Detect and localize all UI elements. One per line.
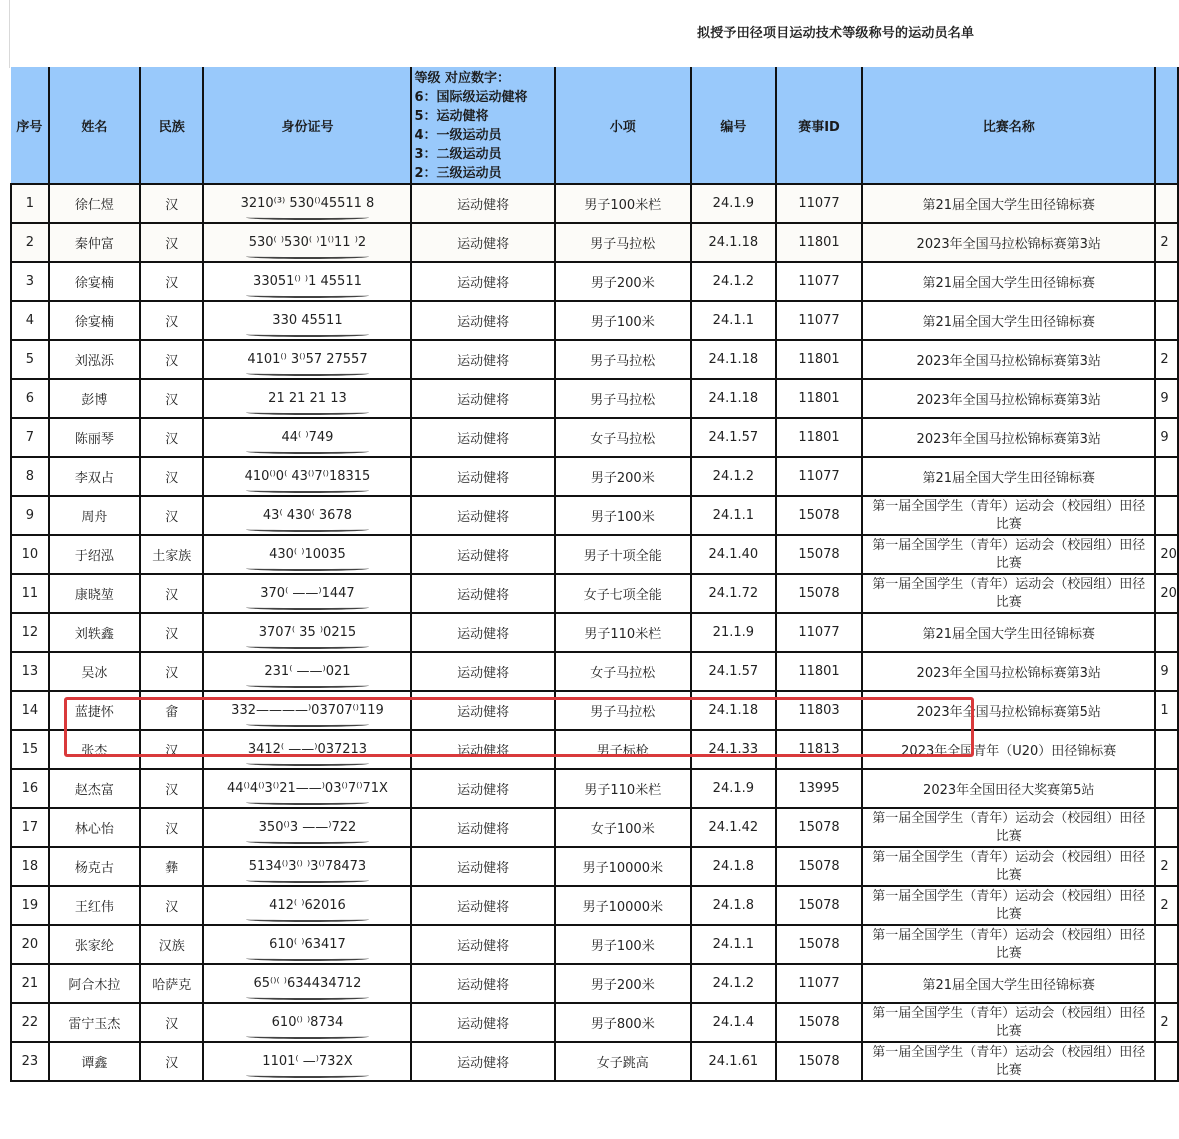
- cell-seq: 23: [11, 1042, 49, 1081]
- redaction-scribble: [246, 488, 370, 493]
- cell-level: 运动健将: [411, 418, 554, 457]
- cell-code: 24.1.18: [691, 340, 776, 379]
- redaction-scribble: [246, 215, 370, 220]
- redaction-scribble: [246, 332, 370, 337]
- cell-level: 运动健将: [411, 1042, 554, 1081]
- cell-event: 男子十项全能: [555, 535, 691, 574]
- cell-event: 男子110米栏: [555, 613, 691, 652]
- cell-extra-truncated: [1155, 1042, 1178, 1081]
- cell-competition-id: 11077: [776, 262, 862, 301]
- cell-seq: 10: [11, 535, 49, 574]
- cell-competition-id: 11801: [776, 340, 862, 379]
- cell-competition-id: 15078: [776, 535, 862, 574]
- cell-event: 男子200米: [555, 262, 691, 301]
- athlete-roster-table: 序号 姓名 民族 身份证号 等级 对应数字： 6：国际级运动健将 5：运动健将 …: [10, 67, 1179, 1082]
- cell-id-number-redacted: 44⁽ ⁾749: [203, 418, 411, 457]
- cell-name: 徐仁煜: [49, 184, 140, 223]
- cell-level: 运动健将: [411, 301, 554, 340]
- redaction-scribble: [246, 566, 370, 571]
- header-competition-id: 赛事ID: [776, 67, 862, 184]
- redaction-scribble: [246, 1073, 370, 1078]
- redaction-scribble: [246, 371, 370, 376]
- cell-ethnicity: 汉: [140, 730, 204, 769]
- cell-extra-truncated: [1155, 769, 1178, 808]
- cell-seq: 12: [11, 613, 49, 652]
- cell-id-number-redacted: 3707⁽ 35 ⁾0215: [203, 613, 411, 652]
- cell-seq: 7: [11, 418, 49, 457]
- cell-level: 运动健将: [411, 808, 554, 847]
- cell-competition-id: 11803: [776, 691, 862, 730]
- table-row: 13 吴冰 汉 231⁽ ——⁾021 运动健将 女子马拉松 24.1.57 1…: [11, 652, 1178, 691]
- cell-competition-id: 15078: [776, 886, 862, 925]
- cell-extra-truncated: [1155, 964, 1178, 1003]
- cell-id-number-redacted: 44⁽⁾4⁽⁾3⁽⁾21——⁾03⁽⁾7⁽⁾71X: [203, 769, 411, 808]
- cell-event: 男子马拉松: [555, 691, 691, 730]
- redaction-scribble: [246, 644, 370, 649]
- cell-competition-name: 2023年全国马拉松锦标赛第3站: [862, 340, 1155, 379]
- cell-competition-name: 第21届全国大学生田径锦标赛: [862, 457, 1155, 496]
- cell-level: 运动健将: [411, 652, 554, 691]
- header-code: 编号: [691, 67, 776, 184]
- cell-extra-truncated: 9: [1155, 379, 1178, 418]
- cell-ethnicity: 汉: [140, 418, 204, 457]
- cell-competition-id: 15078: [776, 496, 862, 535]
- cell-ethnicity: 汉: [140, 184, 204, 223]
- redaction-scribble: [246, 410, 370, 415]
- table-body: 1 徐仁煜 汉 3210⁽³⁾ 530⁽⁾45511 8 运动健将 男子100米…: [11, 184, 1178, 1081]
- cell-code: 21.1.9: [691, 613, 776, 652]
- cell-competition-id: 15078: [776, 574, 862, 613]
- cell-ethnicity: 汉: [140, 574, 204, 613]
- cell-event: 男子10000米: [555, 886, 691, 925]
- redaction-scribble: [246, 722, 370, 727]
- cell-competition-name: 第一届全国学生（青年）运动会（校园组）田径比赛: [862, 925, 1155, 964]
- cell-seq: 15: [11, 730, 49, 769]
- cell-name: 李双占: [49, 457, 140, 496]
- cell-event: 男子100米: [555, 925, 691, 964]
- cell-event: 男子100米: [555, 496, 691, 535]
- cell-competition-name: 2023年全国马拉松锦标赛第5站: [862, 691, 1155, 730]
- redaction-scribble: [246, 683, 370, 688]
- cell-competition-name: 第一届全国学生（青年）运动会（校园组）田径比赛: [862, 1003, 1155, 1042]
- cell-code: 24.1.8: [691, 886, 776, 925]
- cell-extra-truncated: [1155, 925, 1178, 964]
- cell-seq: 9: [11, 496, 49, 535]
- cell-code: 24.1.9: [691, 769, 776, 808]
- cell-level: 运动健将: [411, 184, 554, 223]
- cell-seq: 16: [11, 769, 49, 808]
- legend-line: 4：一级运动员: [414, 126, 553, 145]
- redaction-scribble: [246, 839, 370, 844]
- cell-event: 男子100米: [555, 301, 691, 340]
- cell-competition-id: 11077: [776, 301, 862, 340]
- cell-event: 男子200米: [555, 964, 691, 1003]
- redaction-scribble: [246, 1034, 370, 1039]
- cell-competition-name: 2023年全国马拉松锦标赛第3站: [862, 652, 1155, 691]
- table-row: 9 周舟 汉 43⁽ 430⁽ 3678 运动健将 男子100米 24.1.1 …: [11, 496, 1178, 535]
- redaction-scribble: [246, 878, 370, 883]
- header-name: 姓名: [49, 67, 140, 184]
- cell-id-number-redacted: 33051⁽⁾ ⁾1 45511: [203, 262, 411, 301]
- cell-ethnicity: 汉: [140, 613, 204, 652]
- cell-id-number-redacted: 3412⁽ ——⁾037213: [203, 730, 411, 769]
- header-seq: 序号: [11, 67, 49, 184]
- cell-id-number-redacted: 231⁽ ——⁾021: [203, 652, 411, 691]
- table-row: 21 阿合木拉 哈萨克 65⁽⁾⁽ ⁾634434712 运动健将 男子200米…: [11, 964, 1178, 1003]
- cell-code: 24.1.57: [691, 418, 776, 457]
- cell-seq: 6: [11, 379, 49, 418]
- cell-competition-name: 2023年全国马拉松锦标赛第3站: [862, 223, 1155, 262]
- redaction-scribble: [246, 605, 370, 610]
- header-ethnicity: 民族: [140, 67, 204, 184]
- document-title: 拟授予田径项目运动技术等级称号的运动员名单: [697, 22, 974, 41]
- page-left-edge: [9, 0, 10, 68]
- cell-seq: 11: [11, 574, 49, 613]
- legend-line: 2：三级运动员: [414, 164, 553, 183]
- table-row: 20 张家纶 汉族 610⁽ ⁾63417 运动健将 男子100米 24.1.1…: [11, 925, 1178, 964]
- cell-code: 24.1.2: [691, 457, 776, 496]
- cell-name: 阿合木拉: [49, 964, 140, 1003]
- table-row: 4 徐宴楠 汉 330 45511 运动健将 男子100米 24.1.1 110…: [11, 301, 1178, 340]
- cell-competition-id: 15078: [776, 1003, 862, 1042]
- table-header-row: 序号 姓名 民族 身份证号 等级 对应数字： 6：国际级运动健将 5：运动健将 …: [11, 67, 1178, 184]
- cell-level: 运动健将: [411, 496, 554, 535]
- legend-line: 3：二级运动员: [414, 145, 553, 164]
- cell-extra-truncated: 2: [1155, 886, 1178, 925]
- cell-event: 女子马拉松: [555, 652, 691, 691]
- cell-competition-name: 第21届全国大学生田径锦标赛: [862, 964, 1155, 1003]
- redaction-scribble: [246, 293, 370, 298]
- cell-name: 陈丽琴: [49, 418, 140, 457]
- cell-name: 张家纶: [49, 925, 140, 964]
- cell-id-number-redacted: 410⁽⁾0⁽ 43⁽⁾7⁽⁾18315: [203, 457, 411, 496]
- cell-seq: 8: [11, 457, 49, 496]
- table-row: 22 雷宁玉杰 汉 610⁽⁾ ⁾8734 运动健将 男子800米 24.1.4…: [11, 1003, 1178, 1042]
- cell-ethnicity: 汉: [140, 1042, 204, 1081]
- cell-ethnicity: 汉: [140, 652, 204, 691]
- cell-ethnicity: 汉: [140, 769, 204, 808]
- table-row: 15 张杰 汉 3412⁽ ——⁾037213 运动健将 男子标枪 24.1.3…: [11, 730, 1178, 769]
- cell-competition-name: 第一届全国学生（青年）运动会（校园组）田径比赛: [862, 574, 1155, 613]
- cell-level: 运动健将: [411, 964, 554, 1003]
- cell-id-number-redacted: 350⁽⁾3 ——⁾722: [203, 808, 411, 847]
- cell-code: 24.1.57: [691, 652, 776, 691]
- header-extra-truncated: [1155, 67, 1178, 184]
- cell-event: 男子100米栏: [555, 184, 691, 223]
- cell-extra-truncated: [1155, 184, 1178, 223]
- header-competition-name: 比赛名称: [862, 67, 1155, 184]
- cell-name: 刘泓泺: [49, 340, 140, 379]
- cell-competition-name: 2023年全国马拉松锦标赛第3站: [862, 418, 1155, 457]
- cell-name: 杨克古: [49, 847, 140, 886]
- cell-code: 24.1.2: [691, 964, 776, 1003]
- cell-event: 男子马拉松: [555, 223, 691, 262]
- cell-competition-name: 第一届全国学生（青年）运动会（校园组）田径比赛: [862, 808, 1155, 847]
- cell-competition-id: 11077: [776, 184, 862, 223]
- cell-code: 24.1.61: [691, 1042, 776, 1081]
- cell-competition-id: 15078: [776, 925, 862, 964]
- cell-event: 女子马拉松: [555, 418, 691, 457]
- cell-level: 运动健将: [411, 691, 554, 730]
- table-row: 17 林心怡 汉 350⁽⁾3 ——⁾722 运动健将 女子100米 24.1.…: [11, 808, 1178, 847]
- cell-seq: 20: [11, 925, 49, 964]
- cell-name: 赵杰富: [49, 769, 140, 808]
- cell-competition-id: 13995: [776, 769, 862, 808]
- cell-competition-name: 第一届全国学生（青年）运动会（校园组）田径比赛: [862, 496, 1155, 535]
- cell-seq: 22: [11, 1003, 49, 1042]
- cell-level: 运动健将: [411, 886, 554, 925]
- cell-ethnicity: 汉: [140, 379, 204, 418]
- cell-ethnicity: 汉: [140, 496, 204, 535]
- cell-name: 林心怡: [49, 808, 140, 847]
- table-row: 18 杨克古 彝 5134⁽⁾3⁽⁾ ⁾3⁽⁾78473 运动健将 男子1000…: [11, 847, 1178, 886]
- cell-code: 24.1.18: [691, 691, 776, 730]
- cell-ethnicity: 汉族: [140, 925, 204, 964]
- cell-level: 运动健将: [411, 535, 554, 574]
- cell-level: 运动健将: [411, 340, 554, 379]
- cell-id-number-redacted: 530⁽ ⁾530⁽ ⁾1⁽⁾11 ⁾2: [203, 223, 411, 262]
- cell-extra-truncated: [1155, 808, 1178, 847]
- cell-event: 男子110米栏: [555, 769, 691, 808]
- cell-name: 徐宴楠: [49, 262, 140, 301]
- cell-competition-id: 11077: [776, 964, 862, 1003]
- cell-code: 24.1.1: [691, 925, 776, 964]
- cell-extra-truncated: 2: [1155, 340, 1178, 379]
- cell-competition-name: 第一届全国学生（青年）运动会（校园组）田径比赛: [862, 535, 1155, 574]
- cell-seq: 14: [11, 691, 49, 730]
- cell-event: 男子标枪: [555, 730, 691, 769]
- cell-competition-id: 11801: [776, 379, 862, 418]
- table-row: 23 谭鑫 汉 1101⁽ —⁾732X 运动健将 女子跳高 24.1.61 1…: [11, 1042, 1178, 1081]
- cell-competition-name: 第21届全国大学生田径锦标赛: [862, 613, 1155, 652]
- cell-event: 男子200米: [555, 457, 691, 496]
- cell-code: 24.1.9: [691, 184, 776, 223]
- cell-id-number-redacted: 412⁽ ⁾62016: [203, 886, 411, 925]
- redaction-scribble: [246, 800, 370, 805]
- cell-competition-id: 11077: [776, 457, 862, 496]
- cell-competition-id: 11801: [776, 223, 862, 262]
- table-row: 7 陈丽琴 汉 44⁽ ⁾749 运动健将 女子马拉松 24.1.57 1180…: [11, 418, 1178, 457]
- cell-extra-truncated: [1155, 301, 1178, 340]
- cell-seq: 21: [11, 964, 49, 1003]
- cell-name: 康晓堃: [49, 574, 140, 613]
- cell-ethnicity: 汉: [140, 457, 204, 496]
- cell-id-number-redacted: 5134⁽⁾3⁽⁾ ⁾3⁽⁾78473: [203, 847, 411, 886]
- cell-code: 24.1.8: [691, 847, 776, 886]
- cell-name: 于绍泓: [49, 535, 140, 574]
- redaction-scribble: [246, 917, 370, 922]
- cell-code: 24.1.1: [691, 301, 776, 340]
- cell-extra-truncated: [1155, 496, 1178, 535]
- cell-extra-truncated: 20: [1155, 535, 1178, 574]
- cell-ethnicity: 汉: [140, 340, 204, 379]
- cell-competition-id: 11801: [776, 418, 862, 457]
- cell-ethnicity: 彝: [140, 847, 204, 886]
- cell-event: 男子10000米: [555, 847, 691, 886]
- cell-ethnicity: 汉: [140, 301, 204, 340]
- cell-code: 24.1.42: [691, 808, 776, 847]
- legend-line: 6：国际级运动健将: [414, 88, 553, 107]
- cell-id-number-redacted: 3210⁽³⁾ 530⁽⁾45511 8: [203, 184, 411, 223]
- cell-name: 彭博: [49, 379, 140, 418]
- cell-seq: 2: [11, 223, 49, 262]
- cell-id-number-redacted: 21 21 21 13: [203, 379, 411, 418]
- cell-event: 男子马拉松: [555, 379, 691, 418]
- cell-name: 周舟: [49, 496, 140, 535]
- header-id-number: 身份证号: [203, 67, 411, 184]
- cell-level: 运动健将: [411, 574, 554, 613]
- cell-name: 秦仲富: [49, 223, 140, 262]
- cell-id-number-redacted: 370⁽ ——⁾1447: [203, 574, 411, 613]
- cell-extra-truncated: 2: [1155, 1003, 1178, 1042]
- cell-event: 女子七项全能: [555, 574, 691, 613]
- cell-level: 运动健将: [411, 613, 554, 652]
- cell-name: 徐宴楠: [49, 301, 140, 340]
- cell-seq: 1: [11, 184, 49, 223]
- cell-name: 张杰: [49, 730, 140, 769]
- cell-code: 24.1.18: [691, 379, 776, 418]
- cell-ethnicity: 土家族: [140, 535, 204, 574]
- legend-line: 等级 对应数字：: [414, 69, 553, 88]
- cell-code: 24.1.33: [691, 730, 776, 769]
- cell-competition-name: 2023年全国青年（U20）田径锦标赛: [862, 730, 1155, 769]
- cell-ethnicity: 畲: [140, 691, 204, 730]
- cell-ethnicity: 汉: [140, 1003, 204, 1042]
- cell-level: 运动健将: [411, 847, 554, 886]
- cell-level: 运动健将: [411, 223, 554, 262]
- cell-id-number-redacted: 4101⁽⁾ 3⁽⁾57 27557: [203, 340, 411, 379]
- table-row: 6 彭博 汉 21 21 21 13 运动健将 男子马拉松 24.1.18 11…: [11, 379, 1178, 418]
- cell-competition-id: 11801: [776, 652, 862, 691]
- cell-code: 24.1.2: [691, 262, 776, 301]
- cell-seq: 18: [11, 847, 49, 886]
- cell-id-number-redacted: 610⁽ ⁾63417: [203, 925, 411, 964]
- cell-ethnicity: 汉: [140, 262, 204, 301]
- table-row: 3 徐宴楠 汉 33051⁽⁾ ⁾1 45511 运动健将 男子200米 24.…: [11, 262, 1178, 301]
- cell-level: 运动健将: [411, 925, 554, 964]
- cell-extra-truncated: 1: [1155, 691, 1178, 730]
- table-row: 12 刘轶鑫 汉 3707⁽ 35 ⁾0215 运动健将 男子110米栏 21.…: [11, 613, 1178, 652]
- cell-id-number-redacted: 430⁽ ⁾10035: [203, 535, 411, 574]
- cell-event: 女子跳高: [555, 1042, 691, 1081]
- cell-ethnicity: 汉: [140, 808, 204, 847]
- cell-name: 吴冰: [49, 652, 140, 691]
- cell-extra-truncated: 9: [1155, 652, 1178, 691]
- cell-competition-name: 2023年全国田径大奖赛第5站: [862, 769, 1155, 808]
- cell-extra-truncated: 9: [1155, 418, 1178, 457]
- cell-name: 蓝捷怀: [49, 691, 140, 730]
- cell-id-number-redacted: 610⁽⁾ ⁾8734: [203, 1003, 411, 1042]
- redaction-scribble: [246, 956, 370, 961]
- header-event: 小项: [555, 67, 691, 184]
- table-row: 2 秦仲富 汉 530⁽ ⁾530⁽ ⁾1⁽⁾11 ⁾2 运动健将 男子马拉松 …: [11, 223, 1178, 262]
- cell-seq: 5: [11, 340, 49, 379]
- cell-seq: 3: [11, 262, 49, 301]
- cell-seq: 17: [11, 808, 49, 847]
- cell-level: 运动健将: [411, 730, 554, 769]
- redaction-scribble: [246, 449, 370, 454]
- cell-level: 运动健将: [411, 457, 554, 496]
- cell-competition-name: 第一届全国学生（青年）运动会（校园组）田径比赛: [862, 886, 1155, 925]
- cell-competition-name: 2023年全国马拉松锦标赛第3站: [862, 379, 1155, 418]
- table-row: 14 蓝捷怀 畲 332————⁾03707⁽⁾119 运动健将 男子马拉松 2…: [11, 691, 1178, 730]
- table-row: 8 李双占 汉 410⁽⁾0⁽ 43⁽⁾7⁽⁾18315 运动健将 男子200米…: [11, 457, 1178, 496]
- cell-code: 24.1.4: [691, 1003, 776, 1042]
- cell-id-number-redacted: 43⁽ 430⁽ 3678: [203, 496, 411, 535]
- cell-competition-name: 第21届全国大学生田径锦标赛: [862, 262, 1155, 301]
- table-row: 10 于绍泓 土家族 430⁽ ⁾10035 运动健将 男子十项全能 24.1.…: [11, 535, 1178, 574]
- table-row: 1 徐仁煜 汉 3210⁽³⁾ 530⁽⁾45511 8 运动健将 男子100米…: [11, 184, 1178, 223]
- cell-level: 运动健将: [411, 379, 554, 418]
- cell-name: 王红伟: [49, 886, 140, 925]
- cell-extra-truncated: 20: [1155, 574, 1178, 613]
- table-row: 19 王红伟 汉 412⁽ ⁾62016 运动健将 男子10000米 24.1.…: [11, 886, 1178, 925]
- cell-id-number-redacted: 65⁽⁾⁽ ⁾634434712: [203, 964, 411, 1003]
- cell-extra-truncated: 2: [1155, 223, 1178, 262]
- cell-event: 女子100米: [555, 808, 691, 847]
- cell-seq: 19: [11, 886, 49, 925]
- cell-competition-id: 11813: [776, 730, 862, 769]
- cell-seq: 4: [11, 301, 49, 340]
- cell-event: 男子800米: [555, 1003, 691, 1042]
- cell-id-number-redacted: 330 45511: [203, 301, 411, 340]
- table-row: 11 康晓堃 汉 370⁽ ——⁾1447 运动健将 女子七项全能 24.1.7…: [11, 574, 1178, 613]
- cell-ethnicity: 汉: [140, 223, 204, 262]
- cell-competition-name: 第一届全国学生（青年）运动会（校园组）田径比赛: [862, 1042, 1155, 1081]
- cell-seq: 13: [11, 652, 49, 691]
- table-row: 16 赵杰富 汉 44⁽⁾4⁽⁾3⁽⁾21——⁾03⁽⁾7⁽⁾71X 运动健将 …: [11, 769, 1178, 808]
- cell-code: 24.1.1: [691, 496, 776, 535]
- redaction-scribble: [246, 527, 370, 532]
- cell-competition-id: 15078: [776, 847, 862, 886]
- cell-extra-truncated: 2: [1155, 847, 1178, 886]
- cell-competition-name: 第一届全国学生（青年）运动会（校园组）田径比赛: [862, 847, 1155, 886]
- cell-ethnicity: 汉: [140, 886, 204, 925]
- cell-level: 运动健将: [411, 769, 554, 808]
- cell-level: 运动健将: [411, 1003, 554, 1042]
- legend-line: 5：运动健将: [414, 107, 553, 126]
- redaction-scribble: [246, 995, 370, 1000]
- cell-event: 男子马拉松: [555, 340, 691, 379]
- cell-code: 24.1.18: [691, 223, 776, 262]
- cell-code: 24.1.40: [691, 535, 776, 574]
- cell-ethnicity: 哈萨克: [140, 964, 204, 1003]
- cell-extra-truncated: [1155, 730, 1178, 769]
- table-row: 5 刘泓泺 汉 4101⁽⁾ 3⁽⁾57 27557 运动健将 男子马拉松 24…: [11, 340, 1178, 379]
- cell-extra-truncated: [1155, 613, 1178, 652]
- cell-competition-id: 15078: [776, 808, 862, 847]
- cell-id-number-redacted: 1101⁽ —⁾732X: [203, 1042, 411, 1081]
- cell-extra-truncated: [1155, 457, 1178, 496]
- cell-competition-name: 第21届全国大学生田径锦标赛: [862, 301, 1155, 340]
- cell-competition-name: 第21届全国大学生田径锦标赛: [862, 184, 1155, 223]
- redaction-scribble: [246, 761, 370, 766]
- cell-name: 刘轶鑫: [49, 613, 140, 652]
- header-level-legend: 等级 对应数字： 6：国际级运动健将 5：运动健将 4：一级运动员 3：二级运动…: [411, 67, 554, 184]
- cell-level: 运动健将: [411, 262, 554, 301]
- cell-extra-truncated: [1155, 262, 1178, 301]
- cell-competition-id: 11077: [776, 613, 862, 652]
- cell-id-number-redacted: 332————⁾03707⁽⁾119: [203, 691, 411, 730]
- cell-competition-id: 15078: [776, 1042, 862, 1081]
- redaction-scribble: [246, 254, 370, 259]
- cell-name: 谭鑫: [49, 1042, 140, 1081]
- cell-code: 24.1.72: [691, 574, 776, 613]
- cell-name: 雷宁玉杰: [49, 1003, 140, 1042]
